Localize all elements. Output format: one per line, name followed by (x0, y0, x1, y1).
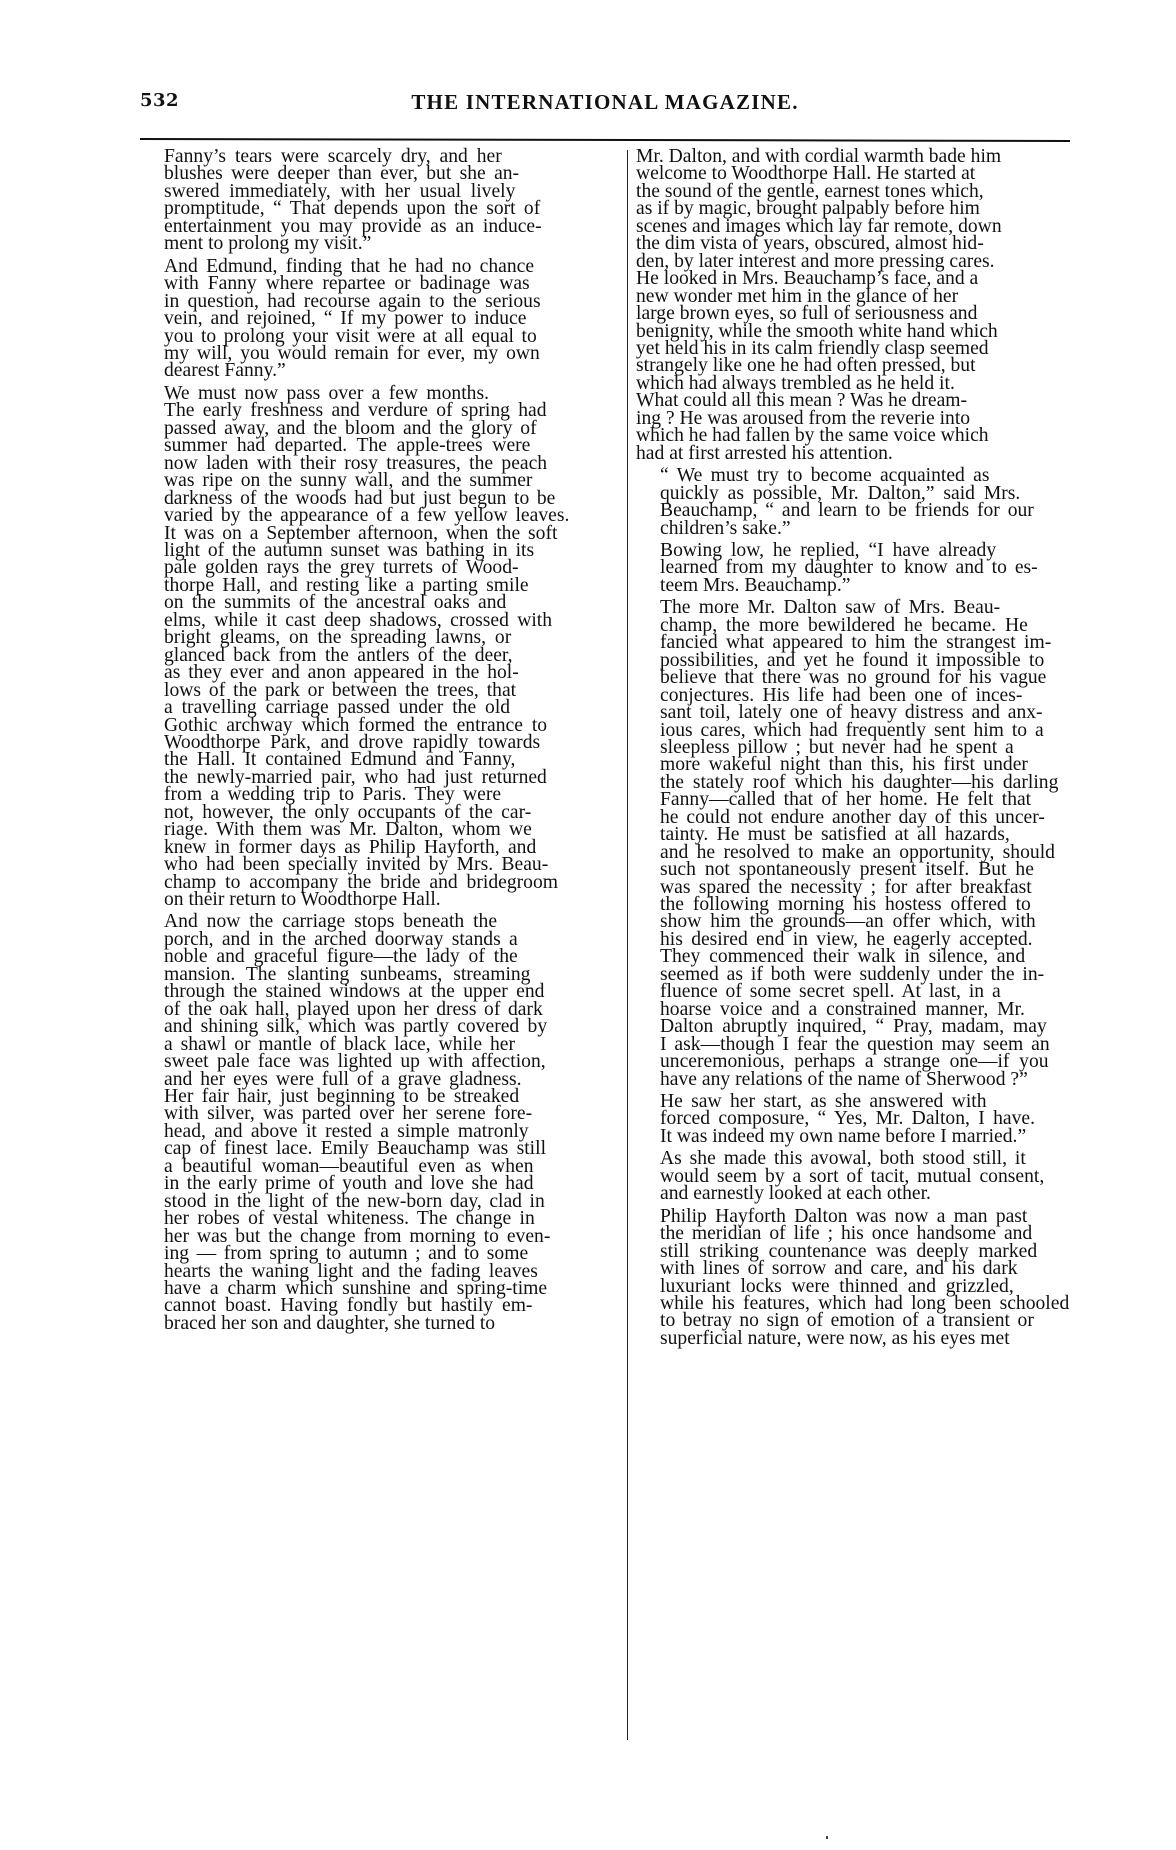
column-divider (627, 150, 628, 1740)
text-line: braced her son and daughter, she turned … (140, 1315, 616, 1332)
header-rule (140, 138, 1070, 142)
paragraph: Fanny’s tears were scarcely dry, and her… (140, 148, 616, 253)
paragraph: Mr. Dalton, and with cordial warmth bade… (636, 148, 1068, 462)
text-line: teem Mrs. Beauchamp.” (636, 577, 1068, 594)
text-line: ment to prolong my visit.” (140, 235, 616, 252)
magazine-page: 532 THE INTERNATIONAL MAGAZINE. Fanny’s … (0, 0, 1176, 1850)
page-header: 532 THE INTERNATIONAL MAGAZINE. (140, 86, 1070, 126)
print-speck (826, 1836, 828, 1839)
text-line: superficial nature, were now, as his eye… (636, 1330, 1068, 1347)
paragraph: We must now pass over a few months.The e… (140, 385, 616, 909)
text-line: dearest Fanny.” (140, 362, 616, 379)
text-line: It was indeed my own name before I marri… (636, 1128, 1068, 1145)
paragraph: “ We must try to become acquainted asqui… (636, 467, 1068, 537)
paragraph: Philip Hayforth Dalton was now a man pas… (636, 1208, 1068, 1348)
paragraph: And Edmund, finding that he had no chanc… (140, 258, 616, 380)
paragraph: Bowing low, he replied, “I have alreadyl… (636, 542, 1068, 594)
text-line: have any relations of the name of Sherwo… (636, 1071, 1068, 1088)
paragraph: The more Mr. Dalton saw of Mrs. Beau-cha… (636, 599, 1068, 1088)
text-line: had at first arrested his attention. (636, 445, 1068, 462)
text-line: on their return to Woodthorpe Hall. (140, 891, 616, 908)
text-line: and earnestly looked at each other. (636, 1185, 1068, 1202)
paragraph: He saw her start, as she answered withfo… (636, 1093, 1068, 1145)
paragraph: As she made this avowal, both stood stil… (636, 1150, 1068, 1202)
paragraph: And now the carriage stops beneath thepo… (140, 913, 616, 1332)
text-line: children’s sake.” (636, 520, 1068, 537)
right-column: Mr. Dalton, and with cordial warmth bade… (636, 148, 1068, 1352)
left-column: Fanny’s tears were scarcely dry, and her… (140, 148, 616, 1337)
running-title: THE INTERNATIONAL MAGAZINE. (140, 90, 1070, 115)
